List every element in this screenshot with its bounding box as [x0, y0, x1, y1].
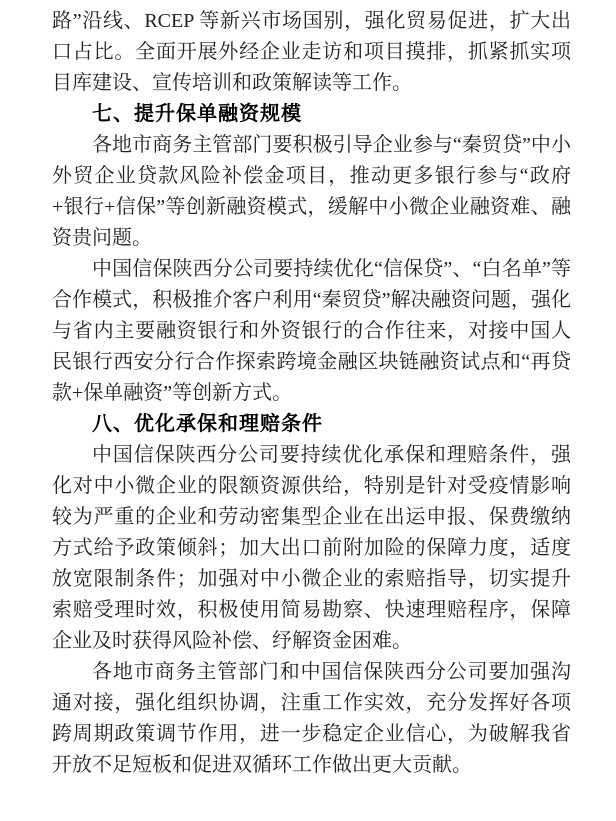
section-heading-7: 七、提升保单融资规模: [52, 99, 571, 130]
paragraph: 中国信保陕西分公司要持续优化承保和理赔条件，强化对中小微企业的限额资源供给，特别…: [52, 440, 571, 657]
paragraph: 各地市商务主管部门要积极引导企业参与“秦贸贷”中小外贸企业贷款风险补偿金项目，推…: [52, 130, 571, 254]
paragraph: 各地市商务主管部门和中国信保陕西分公司要加强沟通对接，强化组织协调，注重工作实效…: [52, 657, 571, 781]
document-page: 路”沿线、RCEP 等新兴市场国别，强化贸易促进，扩大出口占比。全面开展外经企业…: [0, 0, 616, 821]
paragraph: 中国信保陕西分公司要持续优化“信保贷”、“白名单”等合作模式，积极推介客户利用“…: [52, 254, 571, 409]
section-heading-8: 八、优化承保和理赔条件: [52, 409, 571, 440]
paragraph-continuation: 路”沿线、RCEP 等新兴市场国别，强化贸易促进，扩大出口占比。全面开展外经企业…: [52, 6, 571, 99]
